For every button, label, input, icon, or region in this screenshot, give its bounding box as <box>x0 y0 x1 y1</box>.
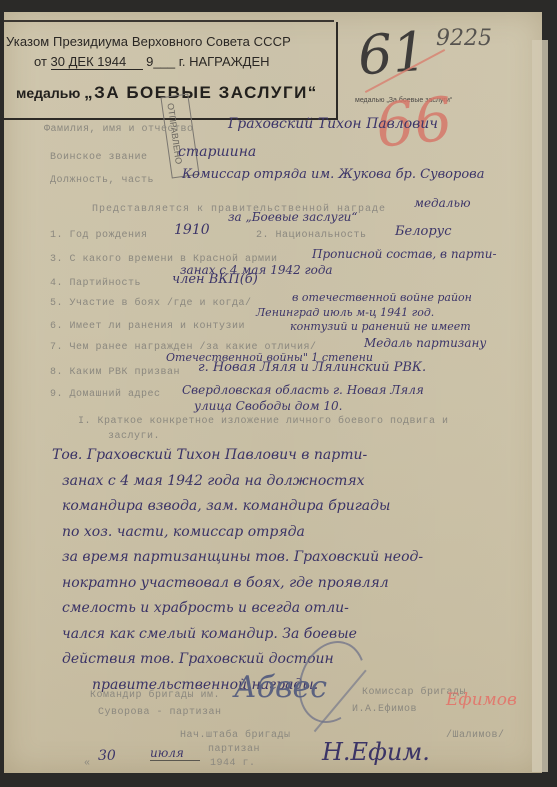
stamp-awarded-text: 9___ г. НАГРАЖДЕН <box>146 54 269 69</box>
item-5-label: 5. Участие в боях /где и когда/ <box>50 298 252 309</box>
narrative-line: командира взвода, зам. командира бригады <box>52 494 532 520</box>
position-label: Должность, часть <box>50 175 154 186</box>
rank-value: старшина <box>178 144 256 160</box>
item-6-value: контузий и ранений не имеет <box>290 320 471 333</box>
award-narrative: Тов. Граховский Тихон Павлович в парти- … <box>52 443 532 698</box>
commander-title-1: Командир бригады им. <box>90 690 220 701</box>
award-heading-hand-1: медалью <box>414 196 471 210</box>
item-8-value: г. Новая Ляля и Лялинский РВК. <box>198 360 426 375</box>
stamp-medal-name: „ЗА БОЕВЫЕ ЗАСЛУГИ“ <box>84 83 318 102</box>
stamp-date-line: от 30 ДЕК 1944 9___ г. НАГРАЖДЕН <box>34 54 270 70</box>
stamp-date-prefix: от <box>34 54 47 69</box>
stamp-date-value: 30 ДЕК 1944 <box>51 54 143 70</box>
commissar-title-2: И.А.Ефимов <box>352 704 417 715</box>
narrative-line: занах с 4 мая 1942 года на должностях <box>52 469 532 495</box>
item-3-value-1: Прописной состав, в парти- <box>312 247 497 261</box>
commander-title-2: Суворова - партизан <box>98 707 222 718</box>
item-2-label: 2. Национальность <box>256 230 367 241</box>
item-4-value: член ВКП(б) <box>172 272 258 287</box>
item-5-value-1: в отечественной войне район <box>292 291 472 304</box>
narrative-line: по хоз. части, комиссар отряда <box>52 520 532 546</box>
item-9-label: 9. Домашний адрес <box>50 389 161 400</box>
narrative-line: смелость и храбрость и всегда отли- <box>52 596 532 622</box>
item-8-label: 8. Каким РВК призван <box>50 367 180 378</box>
narrative-line: Тов. Граховский Тихон Павлович в парти- <box>52 443 532 469</box>
stamp-decree-line: Указом Президиума Верховного Совета СССР <box>6 34 291 49</box>
sign-date-year: 1944 г. <box>210 758 256 769</box>
narrative-line: нократно участвовал в боях, где проявлял <box>52 571 532 597</box>
position-value: Комиссар отряда им. Жукова бр. Суворова <box>182 167 484 182</box>
sign-date-day: 30 <box>98 748 116 764</box>
summary-label-1: I. Краткое конкретное изложение личного … <box>78 416 449 427</box>
chief-of-staff-signature: Н.Ефим. <box>322 738 430 766</box>
name-value: Граховский Тихон Павлович <box>228 116 438 132</box>
paper-edge <box>532 40 548 772</box>
item-1-label: 1. Год рождения <box>50 230 148 241</box>
narrative-line: действия тов. Граховский достоин <box>52 647 532 673</box>
chief-of-staff-title-1: Нач.штаба бригады <box>180 730 291 741</box>
item-1-value: 1910 <box>174 222 210 238</box>
commissar-signature-red: Ефимов <box>446 690 517 710</box>
stamp-medal-prefix: медалью <box>16 85 80 101</box>
narrative-line: за время партизанщины тов. Граховский не… <box>52 545 532 571</box>
sign-date-month: июля <box>150 746 200 761</box>
chief-of-staff-title-2: партизан <box>208 744 260 755</box>
item-9-value-1: Свердловская область г. Новая Ляля <box>182 383 424 397</box>
chief-of-staff-name: /Шалимов/ <box>446 730 505 741</box>
archive-number-small: 9225 <box>436 26 492 51</box>
item-4-label: 4. Партийность <box>50 278 141 289</box>
item-7-value-1: Медаль партизану <box>364 336 486 350</box>
item-2-value: Белорус <box>395 224 452 239</box>
summary-label-2: заслуги. <box>108 431 160 442</box>
narrative-line: чался как смелый командир. За боевые <box>52 622 532 648</box>
item-9-value-2: улица Свободы дом 10. <box>194 399 342 413</box>
sign-date-prefix: « <box>84 758 91 769</box>
item-6-label: 6. Имеет ли ранения и контузии <box>50 321 245 332</box>
commander-signature: Абвес <box>234 670 327 705</box>
name-label: Фамилия, имя и отчество <box>44 124 194 135</box>
rank-label: Воинское звание <box>50 152 148 163</box>
item-5-value-2: Ленинград июль м-ц 1941 год. <box>256 306 434 319</box>
award-heading-hand-2: за „Боевые заслуги“ <box>228 210 358 224</box>
